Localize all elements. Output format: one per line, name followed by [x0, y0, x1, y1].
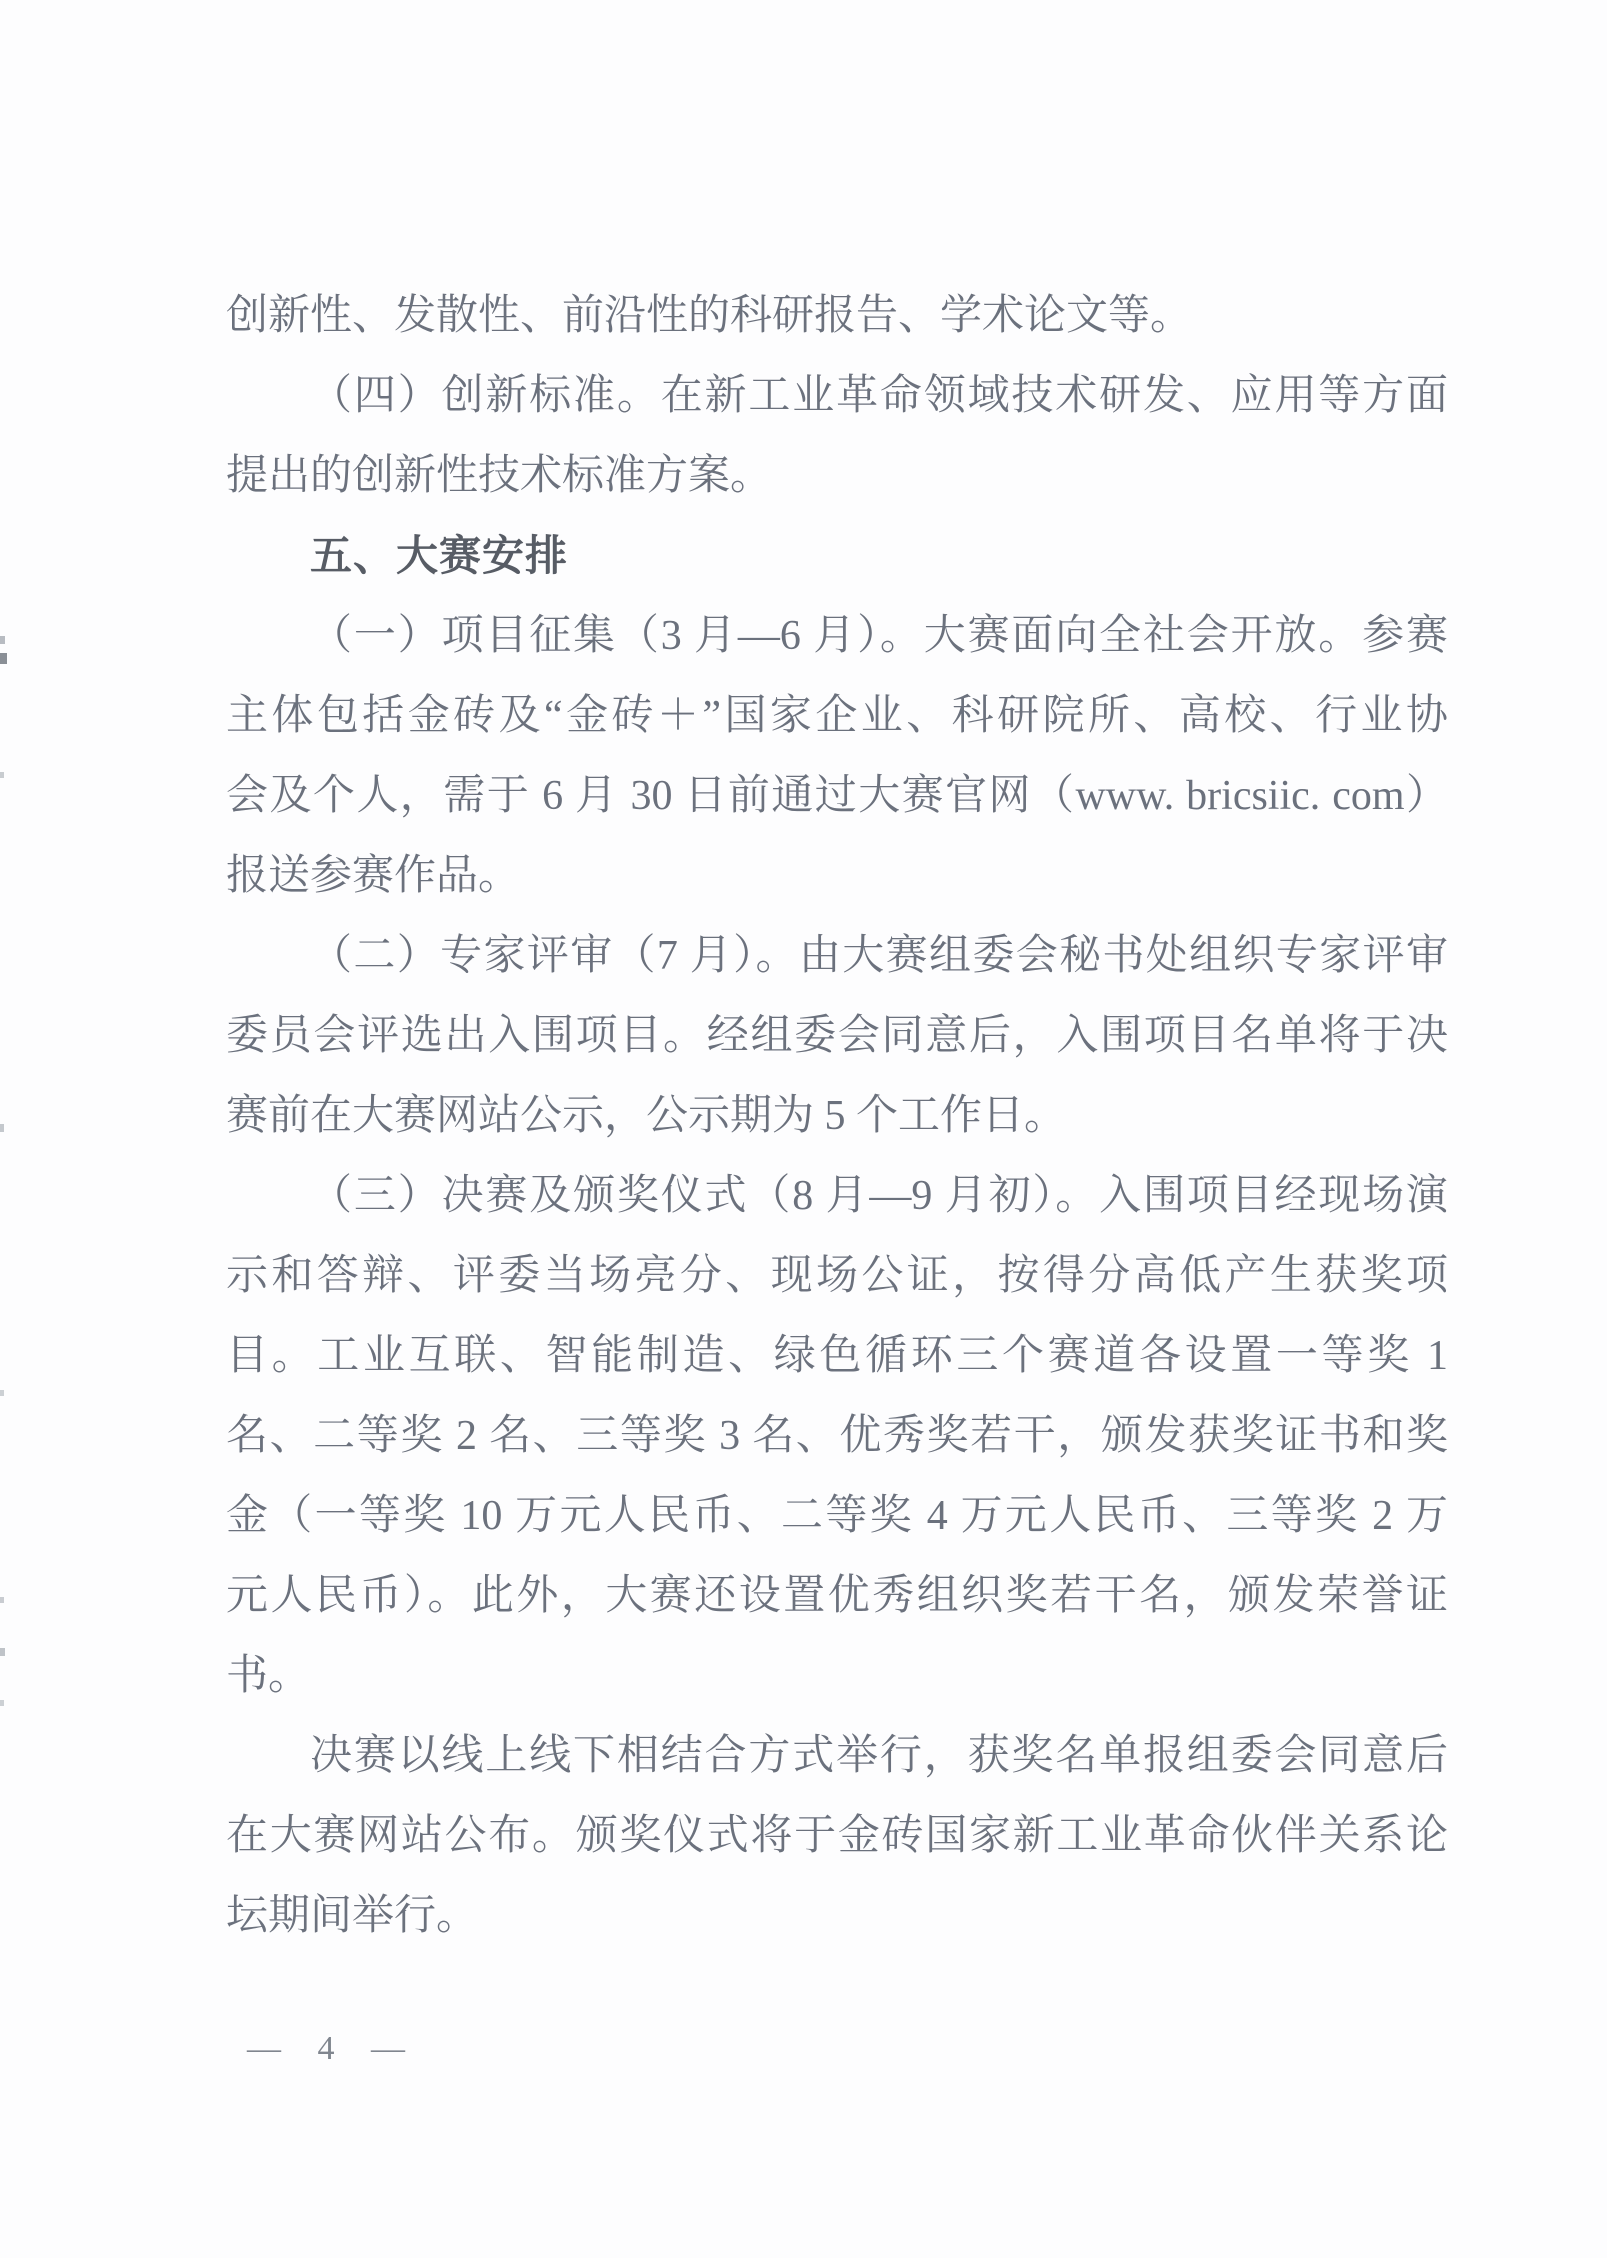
- scan-artifact: [0, 1390, 4, 1396]
- document-body: 创新性、发散性、前沿性的科研报告、学术论文等。（四）创新标准。在新工业革命领域技…: [226, 276, 1448, 1956]
- section-heading: 五、大赛安排: [226, 516, 1448, 596]
- text-line: 示和答辩、评委当场亮分、现场公证，按得分高低产生获奖项: [226, 1236, 1448, 1316]
- text-line: 在大赛网站公布。颁奖仪式将于金砖国家新工业革命伙伴关系论: [226, 1796, 1448, 1876]
- page-number: — 4 —: [247, 2026, 407, 2072]
- text-line: （二）专家评审（7 月）。由大赛组委会秘书处组织专家评审: [226, 916, 1448, 996]
- text-line: 会及个人，需于 6 月 30 日前通过大赛官网（www. bricsiic. c…: [226, 756, 1448, 836]
- text-line: 金（一等奖 10 万元人民币、二等奖 4 万元人民币、三等奖 2 万: [226, 1476, 1448, 1556]
- text-line: 主体包括金砖及“金砖＋”国家企业、科研院所、高校、行业协: [226, 676, 1448, 756]
- text-line: 报送参赛作品。: [226, 836, 1448, 916]
- document-page: 创新性、发散性、前沿性的科研报告、学术论文等。（四）创新标准。在新工业革命领域技…: [0, 0, 1607, 2258]
- text-line: 委员会评选出入围项目。经组委会同意后，入围项目名单将于决: [226, 996, 1448, 1076]
- text-line: 目。工业互联、智能制造、绿色循环三个赛道各设置一等奖 1: [226, 1316, 1448, 1396]
- scan-artifact: [0, 1124, 4, 1132]
- text-line: 提出的创新性技术标准方案。: [226, 436, 1448, 516]
- scan-artifact: [0, 1700, 4, 1706]
- text-line: （四）创新标准。在新工业革命领域技术研发、应用等方面: [226, 356, 1448, 436]
- text-line: （一）项目征集（3 月—6 月）。大赛面向全社会开放。参赛: [226, 596, 1448, 676]
- text-line: 书。: [226, 1636, 1448, 1716]
- scan-artifact: [0, 1648, 5, 1656]
- text-line: 决赛以线上线下相结合方式举行，获奖名单报组委会同意后: [226, 1716, 1448, 1796]
- text-line: （三）决赛及颁奖仪式（8 月—9 月初）。入围项目经现场演: [226, 1156, 1448, 1236]
- text-line: 元人民币）。此外，大赛还设置优秀组织奖若干名，颁发荣誉证: [226, 1556, 1448, 1636]
- scan-artifact: [0, 653, 7, 664]
- scan-artifact: [0, 1597, 4, 1603]
- text-line: 坛期间举行。: [226, 1876, 1448, 1956]
- text-line: 创新性、发散性、前沿性的科研报告、学术论文等。: [226, 276, 1448, 356]
- text-line: 赛前在大赛网站公示，公示期为 5 个工作日。: [226, 1076, 1448, 1156]
- text-line: 名、二等奖 2 名、三等奖 3 名、优秀奖若干，颁发获奖证书和奖: [226, 1396, 1448, 1476]
- scan-artifact: [0, 636, 5, 644]
- scan-artifact: [0, 772, 4, 778]
